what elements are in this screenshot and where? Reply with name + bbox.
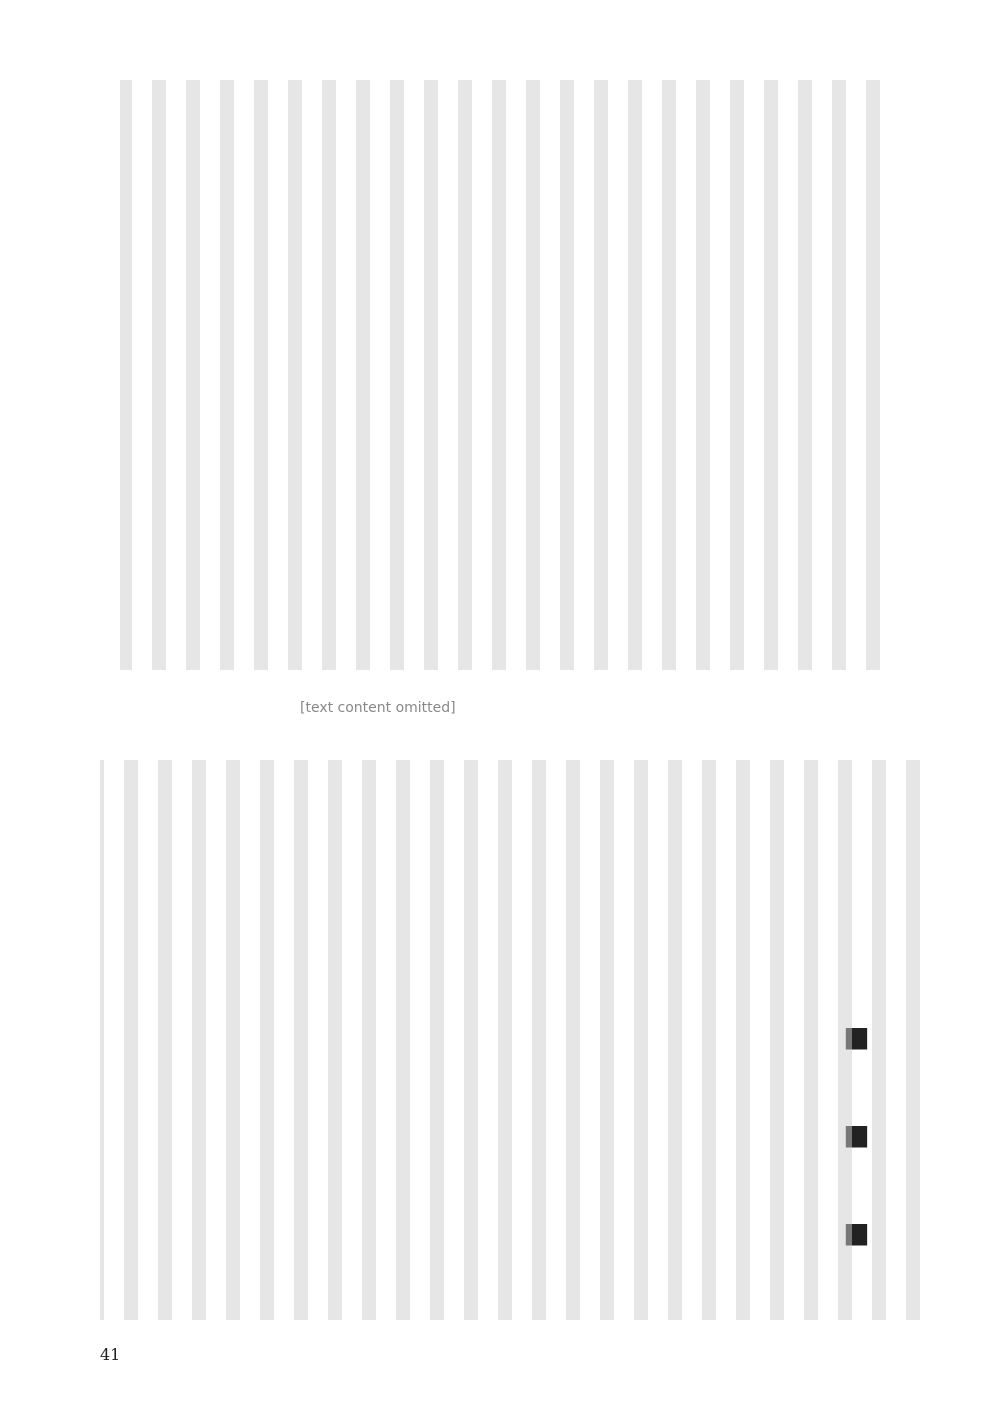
page-number: 41: [100, 1345, 120, 1364]
omitted-note: [text content omitted]: [300, 700, 456, 716]
text-block-bottom: [100, 760, 920, 1320]
text-block-top: [120, 80, 880, 670]
